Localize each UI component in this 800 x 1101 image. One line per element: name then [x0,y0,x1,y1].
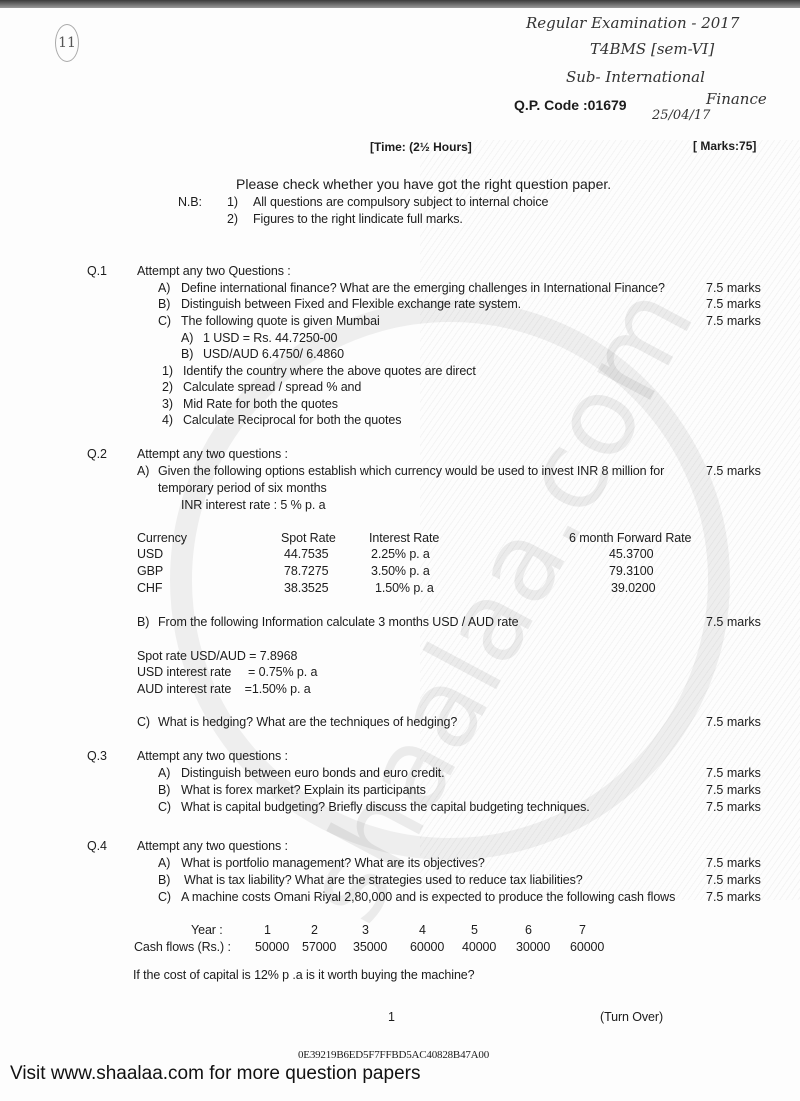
q1-part-marks: 7.5 marks [706,297,761,311]
table-header: Currency [137,531,187,545]
table-cell: 78.7275 [284,564,329,578]
q3-part-marks: 7.5 marks [706,766,761,780]
table-cell: 2.25% p. a [371,547,430,561]
q2b-info: AUD interest rate =1.50% p. a [137,682,311,696]
q3-part-label: B) [158,783,170,797]
cash-flow-value: 40000 [462,940,496,954]
q2c-marks: 7.5 marks [706,715,761,729]
q3-part-marks: 7.5 marks [706,783,761,797]
cash-flow-value: 60000 [570,940,604,954]
cash-flow-year: 4 [419,923,426,937]
q3-instruction: Attempt any two questions : [137,749,288,763]
table-cell: USD [137,547,163,561]
table-header: Spot Rate [281,531,336,545]
cash-flow-year: 7 [579,923,586,937]
q1-task-num: 1) [162,364,173,378]
q4-part-text: What is portfolio management? What are i… [181,856,485,870]
q4-closing: If the cost of capital is 12% p .a is it… [133,968,475,982]
nb-item-text: Figures to the right lindicate full mark… [253,212,463,226]
q1-task-text: Calculate spread / spread % and [183,380,361,394]
q2a-marks: 7.5 marks [706,464,761,478]
q1-part-label: A) [158,281,170,295]
q1-number: Q.1 [87,264,107,278]
q1-quote-label: B) [181,347,193,361]
q3-part-text: Distinguish between euro bonds and euro … [181,766,445,780]
q1-quote-label: A) [181,331,193,345]
q1-task-text: Identify the country where the above quo… [183,364,476,378]
q2a-label: A) [137,464,149,478]
q1-instruction: Attempt any two Questions : [137,264,291,278]
q3-number: Q.3 [87,749,107,763]
cash-flow-label: Cash flows (Rs.) : [134,940,231,954]
nb-item-num: 1) [227,195,238,209]
q4-instruction: Attempt any two questions : [137,839,288,853]
cash-flow-value: 60000 [410,940,444,954]
exam-time: [Time: (2½ Hours] [370,140,472,154]
q2a-line1: Given the following options establish wh… [158,464,664,478]
nb-label: N.B: [178,195,202,209]
q2a-line2: temporary period of six months [158,481,327,495]
handwritten-exam: Regular Examination - 2017 [526,14,739,32]
table-cell: 79.3100 [609,564,654,578]
q1-task-num: 3) [162,397,173,411]
q3-part-text: What is capital budgeting? Briefly discu… [181,800,590,814]
handwritten-date: 25/04/17 [652,108,710,123]
table-cell: 39.0200 [611,581,656,595]
q1-part-text: Distinguish between Fixed and Flexible e… [181,297,521,311]
exam-marks: [ Marks:75] [693,139,756,153]
q4-part-text: What is tax liability? What are the stra… [184,873,583,887]
q2b-info: USD interest rate = 0.75% p. a [137,665,317,679]
q1-part-label: B) [158,297,170,311]
nb-item-text: All questions are compulsory subject to … [253,195,548,209]
q3-part-label: A) [158,766,170,780]
cash-flow-year: 5 [471,923,478,937]
scan-top-edge [0,0,800,8]
q3-part-text: What is forex market? Explain its partic… [181,783,426,797]
handwritten-course: T4BMS [sem-VI] [590,40,714,58]
q2a-inr-rate: INR interest rate : 5 % p. a [181,498,325,512]
nb-item-num: 2) [227,212,238,226]
q2-instruction: Attempt any two questions : [137,447,288,461]
q1-task-num: 4) [162,413,173,427]
cash-flow-year: 6 [525,923,532,937]
q3-part-marks: 7.5 marks [706,800,761,814]
cash-flow-value: 50000 [255,940,289,954]
q4-part-text: A machine costs Omani Riyal 2,80,000 and… [181,890,675,904]
q4-part-label: A) [158,856,170,870]
q4-part-marks: 7.5 marks [706,890,761,904]
handwritten-corner-mark: 11 [55,24,79,62]
cash-flow-year: 1 [264,923,271,937]
q4-part-label: B) [158,873,170,887]
q1-part-text: Define international finance? What are t… [181,281,665,295]
q2b-text: From the following Information calculate… [158,615,518,629]
table-cell: 45.3700 [609,547,654,561]
year-label: Year : [191,923,223,937]
cash-flow-year: 2 [311,923,318,937]
table-cell: CHF [137,581,162,595]
q3-part-label: C) [158,800,171,814]
q2c-label: C) [137,715,150,729]
q1-task-text: Calculate Reciprocal for both the quotes [183,413,401,427]
table-header: 6 month Forward Rate [569,531,691,545]
cash-flow-value: 35000 [353,940,387,954]
q2c-text: What is hedging? What are the techniques… [158,715,457,729]
table-cell: 3.50% p. a [371,564,430,578]
q1-task-text: Mid Rate for both the quotes [183,397,338,411]
document-hash: 0E39219B6ED5F7FFBD5AC40828B47A00 [298,1049,489,1061]
handwritten-subject-line2: Finance [706,90,767,108]
table-header: Interest Rate [369,531,439,545]
q1-part-marks: 7.5 marks [706,314,761,328]
q2b-marks: 7.5 marks [706,615,761,629]
q4-number: Q.4 [87,839,107,853]
q1-quote-text: USD/AUD 6.4750/ 6.4860 [203,347,344,361]
shaalaa-promo-link[interactable]: Visit www.shaalaa.com for more question … [10,1063,420,1085]
table-cell: 1.50% p. a [375,581,434,595]
check-note: Please check whether you have got the ri… [236,176,611,192]
cash-flow-value: 30000 [516,940,550,954]
q1-part-text: The following quote is given Mumbai [181,314,380,328]
q1-part-marks: 7.5 marks [706,281,761,295]
q2b-info: Spot rate USD/AUD = 7.8968 [137,649,297,663]
table-cell: 38.3525 [284,581,329,595]
q2-number: Q.2 [87,447,107,461]
q1-quote-text: 1 USD = Rs. 44.7250-00 [203,331,337,345]
page-number: 1 [388,1010,395,1024]
q1-part-label: C) [158,314,171,328]
cash-flow-value: 57000 [302,940,336,954]
q4-part-marks: 7.5 marks [706,873,761,887]
q4-part-marks: 7.5 marks [706,856,761,870]
qp-code: Q.P. Code :01679 [514,97,627,113]
cash-flow-year: 3 [362,923,369,937]
q2b-label: B) [137,615,149,629]
turn-over: (Turn Over) [600,1010,663,1024]
q4-part-label: C) [158,890,171,904]
handwritten-subject-line1: Sub- International [566,68,705,86]
table-cell: 44.7535 [284,547,329,561]
q1-task-num: 2) [162,380,173,394]
table-cell: GBP [137,564,163,578]
